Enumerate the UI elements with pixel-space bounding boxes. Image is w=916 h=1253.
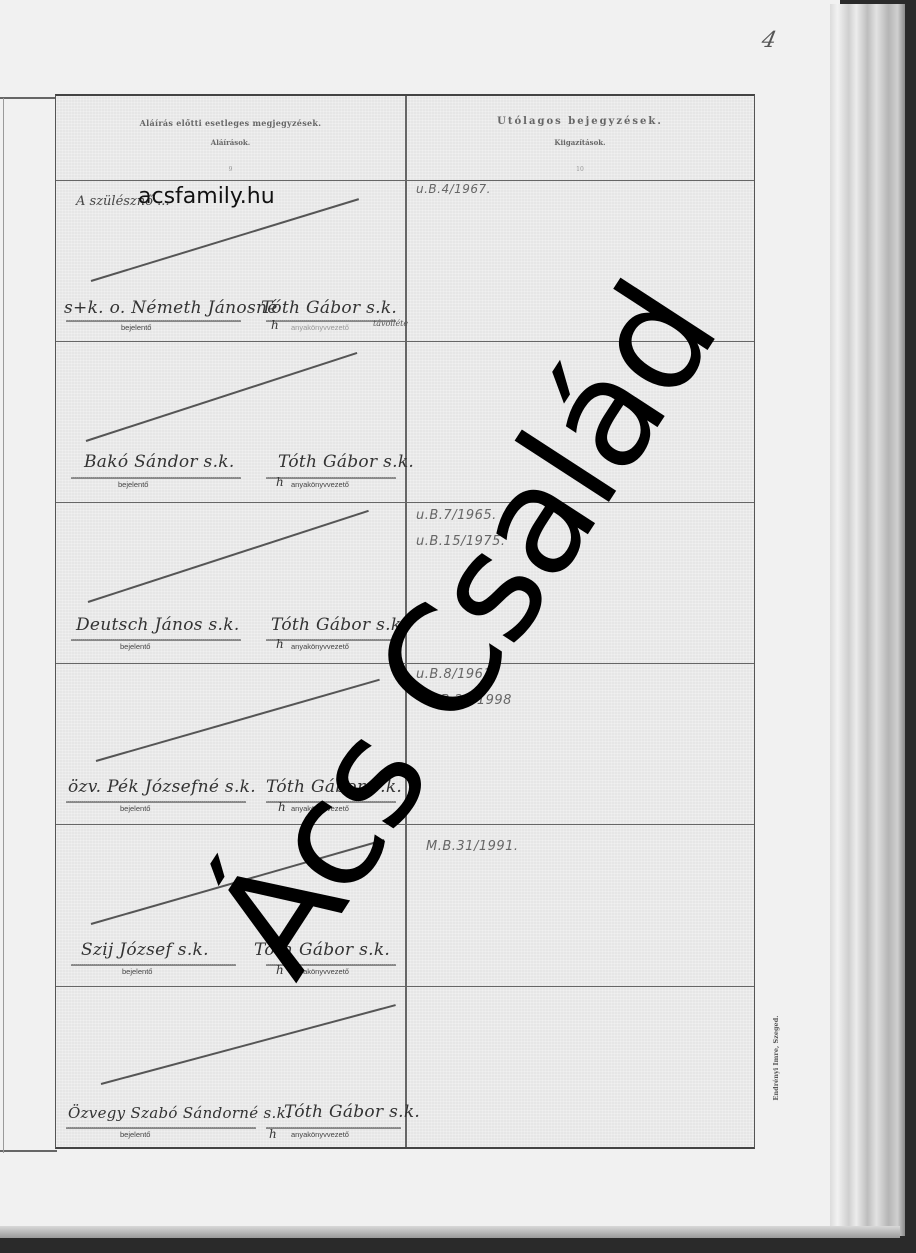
left-margin-rule-bottom xyxy=(0,1150,57,1152)
book-bottom-edge xyxy=(0,1226,900,1238)
later-entries-cell xyxy=(406,987,754,1151)
registrar-mark: h xyxy=(276,475,284,489)
declarant-label: bejelentő xyxy=(118,480,148,489)
declarant-signature: Szij József s.k. xyxy=(81,940,209,960)
declarant-label: bejelentő xyxy=(121,323,151,332)
signatures-cell: Özvegy Szabó Sándorné s.k. bejelentő Tót… xyxy=(56,987,405,1151)
signatures-cell: Deutsch János s.k. bejelentő Tóth Gábor … xyxy=(56,503,405,663)
declarant-signature: Bakó Sándor s.k. xyxy=(84,452,235,472)
later-entry: M.B.31/1991. xyxy=(426,839,519,854)
declarant-label: bejelentő xyxy=(120,804,150,813)
registrar-note: távolléte xyxy=(373,319,408,328)
registrar-mark: h xyxy=(269,1127,277,1141)
registrar-signature: Tóth Gábor s.k. xyxy=(261,298,397,318)
declarant-signature: s+k. o. Németh Jánosné xyxy=(64,298,278,318)
registrar-label: anyakönyvvezető xyxy=(291,480,349,489)
declarant-label: bejelentő xyxy=(120,1130,150,1139)
cancellation-stroke xyxy=(88,510,369,603)
cancellation-stroke xyxy=(91,198,359,282)
later-entry: u.B.4/1967. xyxy=(416,182,491,196)
declarant-signature: Özvegy Szabó Sándorné s.k. xyxy=(68,1104,291,1122)
declarant-signature: Deutsch János s.k. xyxy=(76,615,240,635)
declarant-label: bejelentő xyxy=(120,642,150,651)
table-header: Aláírás előtti esetleges megjegyzések. A… xyxy=(56,96,754,181)
declarant-signature-line xyxy=(66,801,246,803)
registrar-label: anyakönyvvezető xyxy=(291,1130,349,1139)
header-later-entries: Utólagos bejegyzések. Kiigazítások. 10 xyxy=(406,96,754,180)
later-entries-cell: M.B.31/1991. xyxy=(406,825,754,986)
declarant-signature: özv. Pék Józsefné s.k. xyxy=(68,777,256,797)
cancellation-stroke xyxy=(101,1004,396,1085)
header-right-column-number: 10 xyxy=(406,166,754,173)
registrar-mark: h xyxy=(271,318,279,332)
declarant-signature-line xyxy=(71,639,241,641)
printer-imprint: Endrényi Imre, Szeged. xyxy=(770,1000,782,1120)
signatures-cell: Bakó Sándor s.k. bejelentő Tóth Gábor s.… xyxy=(56,342,405,502)
header-signatures: Aláírás előtti esetleges megjegyzések. A… xyxy=(56,96,405,180)
registrar-signature: Tóth Gábor s.k. xyxy=(278,452,414,472)
left-margin-rule xyxy=(0,97,57,99)
header-right-title: Utólagos bejegyzések. xyxy=(406,116,754,127)
declarant-signature-line xyxy=(66,320,241,322)
declarant-signature-line xyxy=(71,964,236,966)
header-right-subtitle: Kiigazítások. xyxy=(406,138,754,147)
registrar-mark: h xyxy=(276,637,284,651)
book-page-edges xyxy=(830,4,905,1236)
table-row: Özvegy Szabó Sándorné s.k. bejelentő Tót… xyxy=(56,987,754,1151)
declarant-label: bejelentő xyxy=(122,967,152,976)
registrar-label: anyakönyvvezető xyxy=(291,642,349,651)
header-left-column-number: 9 xyxy=(56,166,405,173)
left-margin-line xyxy=(3,98,4,1153)
watermark-site: acsfamily.hu xyxy=(138,184,275,209)
registrar-label: anyakönyvvezető xyxy=(291,323,349,332)
header-left-subtitle: Aláírások. xyxy=(56,138,405,147)
registrar-signature-line xyxy=(266,477,396,479)
declarant-signature-line xyxy=(71,477,241,479)
printer-imprint-text: Endrényi Imre, Szeged. xyxy=(772,1002,780,1114)
header-left-title: Aláírás előtti esetleges megjegyzések. xyxy=(56,118,405,128)
registrar-signature: Tóth Gábor s.k. xyxy=(284,1102,420,1122)
registrar-signature-line xyxy=(266,1127,401,1129)
cancellation-stroke xyxy=(86,352,358,442)
declarant-signature-line xyxy=(66,1127,256,1129)
